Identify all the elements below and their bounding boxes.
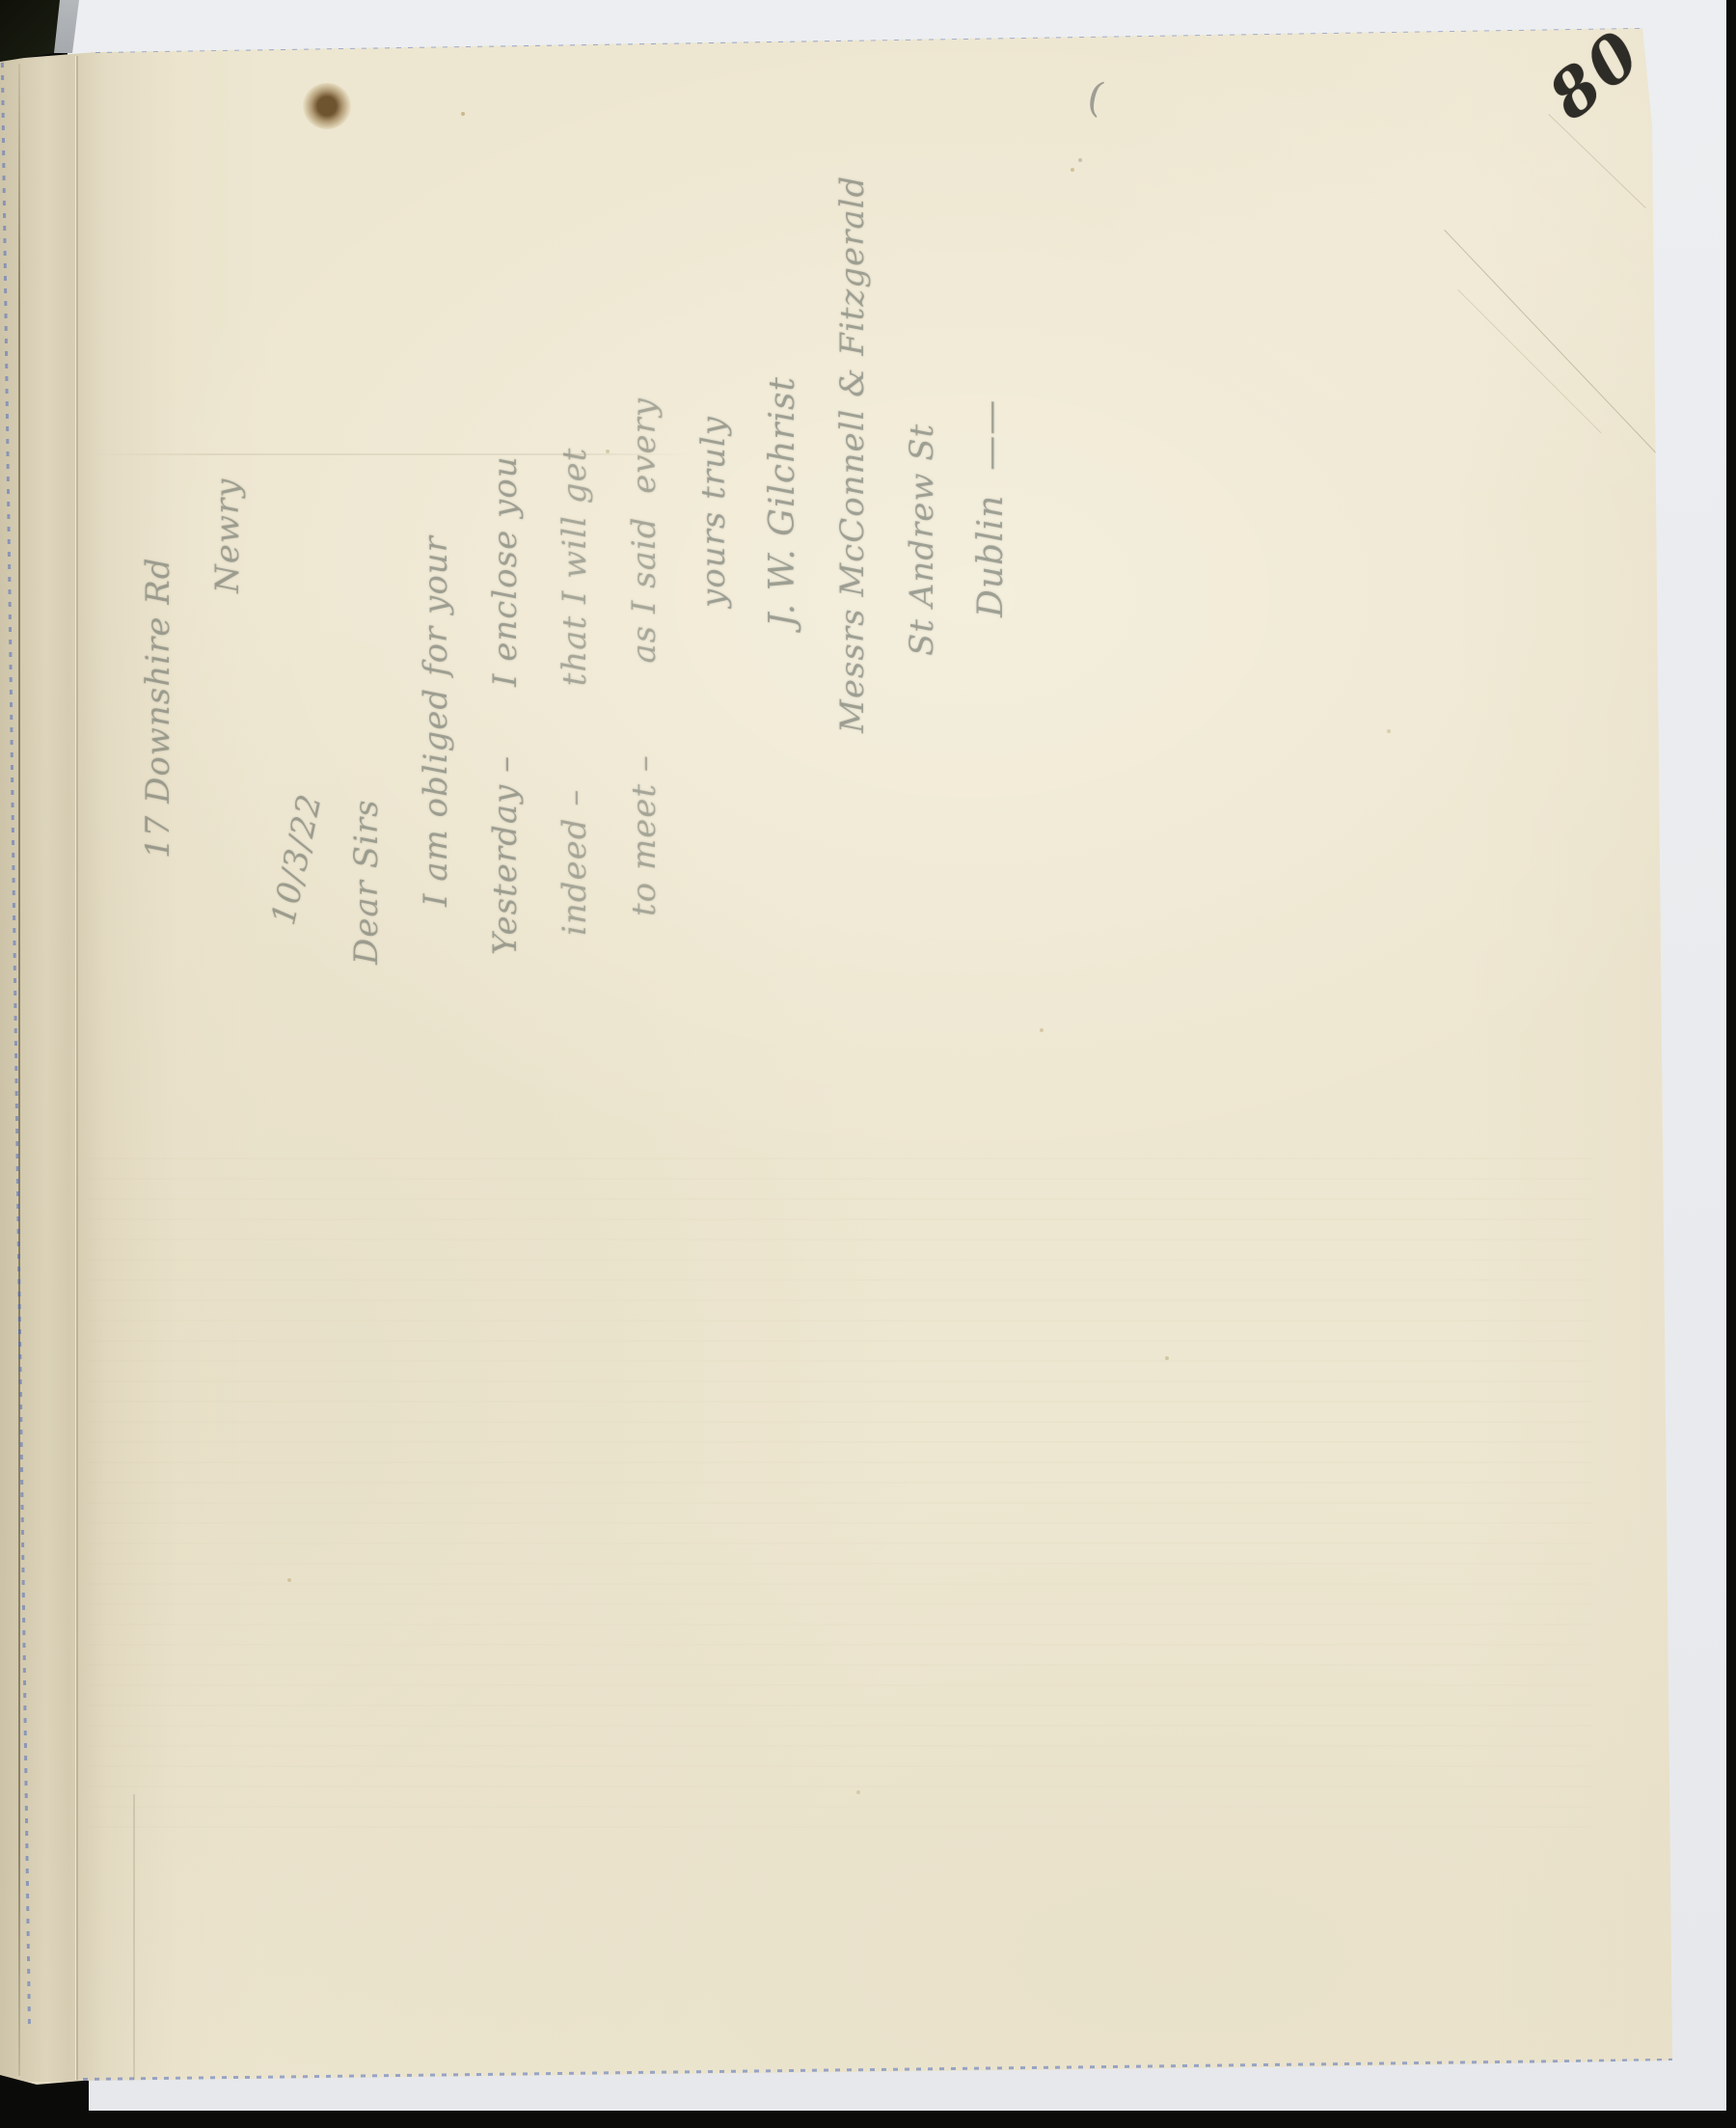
- fold-crease: [75, 56, 78, 2080]
- diagonal-crease-3: [1548, 114, 1645, 208]
- handwriting-line: Yesterday – I enclose you: [471, 222, 540, 994]
- handwriting-line: to meet – as I said every: [610, 222, 679, 994]
- handwriting-text: 10/3/22: [249, 787, 344, 932]
- handwriting-address: St Andrew St: [887, 222, 957, 994]
- handwriting-text: Messrs McConnell & Fitzgerald: [818, 176, 887, 733]
- handwriting-signature: J. W. Gilchrist: [748, 222, 818, 994]
- page-number: 80: [1534, 14, 1657, 134]
- handwriting-line: 10/3/22: [262, 222, 332, 994]
- handwriting-line: Dear Sirs: [332, 222, 401, 994]
- handwriting-text: Dublin ——: [957, 399, 1026, 617]
- handwriting-line: indeed – that I will get: [540, 222, 610, 994]
- handwriting-text: J. W. Gilchrist: [748, 376, 818, 627]
- diagonal-crease-2: [1457, 289, 1601, 433]
- handwriting-addressee: Messrs McConnell & Fitzgerald: [818, 222, 887, 994]
- fold-crease-lower: [133, 1794, 135, 2080]
- diagonal-crease: [1444, 230, 1668, 465]
- handwriting-text: Dear Sirs: [332, 799, 401, 965]
- handwriting-text: Yesterday – I enclose you: [471, 455, 540, 955]
- handwriting-line: Newry: [193, 222, 262, 994]
- letterbook-page: ( 80 17 Downshire Rd Newry 10/3/22 Dear …: [0, 0, 1736, 2128]
- stain-spot: [303, 83, 351, 129]
- paper-specks: [461, 112, 465, 116]
- stray-pencil-mark: (: [1083, 72, 1108, 122]
- handwriting-text: indeed – that I will get: [540, 448, 610, 936]
- handwriting-address-city: Dublin ——: [957, 222, 1026, 994]
- handwritten-letter-copy: 17 Downshire Rd Newry 10/3/22 Dear Sirs …: [123, 222, 1042, 994]
- handwriting-text: to meet – as I said every: [610, 397, 679, 916]
- handwriting-text: Newry: [193, 478, 262, 593]
- handwriting-line: yours truly: [679, 222, 748, 994]
- handwriting-text: St Andrew St: [887, 423, 957, 656]
- handwriting-text: yours truly: [679, 416, 748, 608]
- handwriting-text: I am obliged for your: [401, 535, 471, 907]
- letterbook-scan: ( 80 17 Downshire Rd Newry 10/3/22 Dear …: [0, 0, 1736, 2128]
- paper-texture-band: [87, 1158, 1591, 1833]
- gutter-shadow-line: [18, 64, 20, 2076]
- handwriting-text: 17 Downshire Rd: [123, 557, 193, 859]
- handwriting-line: I am obliged for your: [401, 222, 471, 994]
- handwriting-line: 17 Downshire Rd: [123, 222, 193, 994]
